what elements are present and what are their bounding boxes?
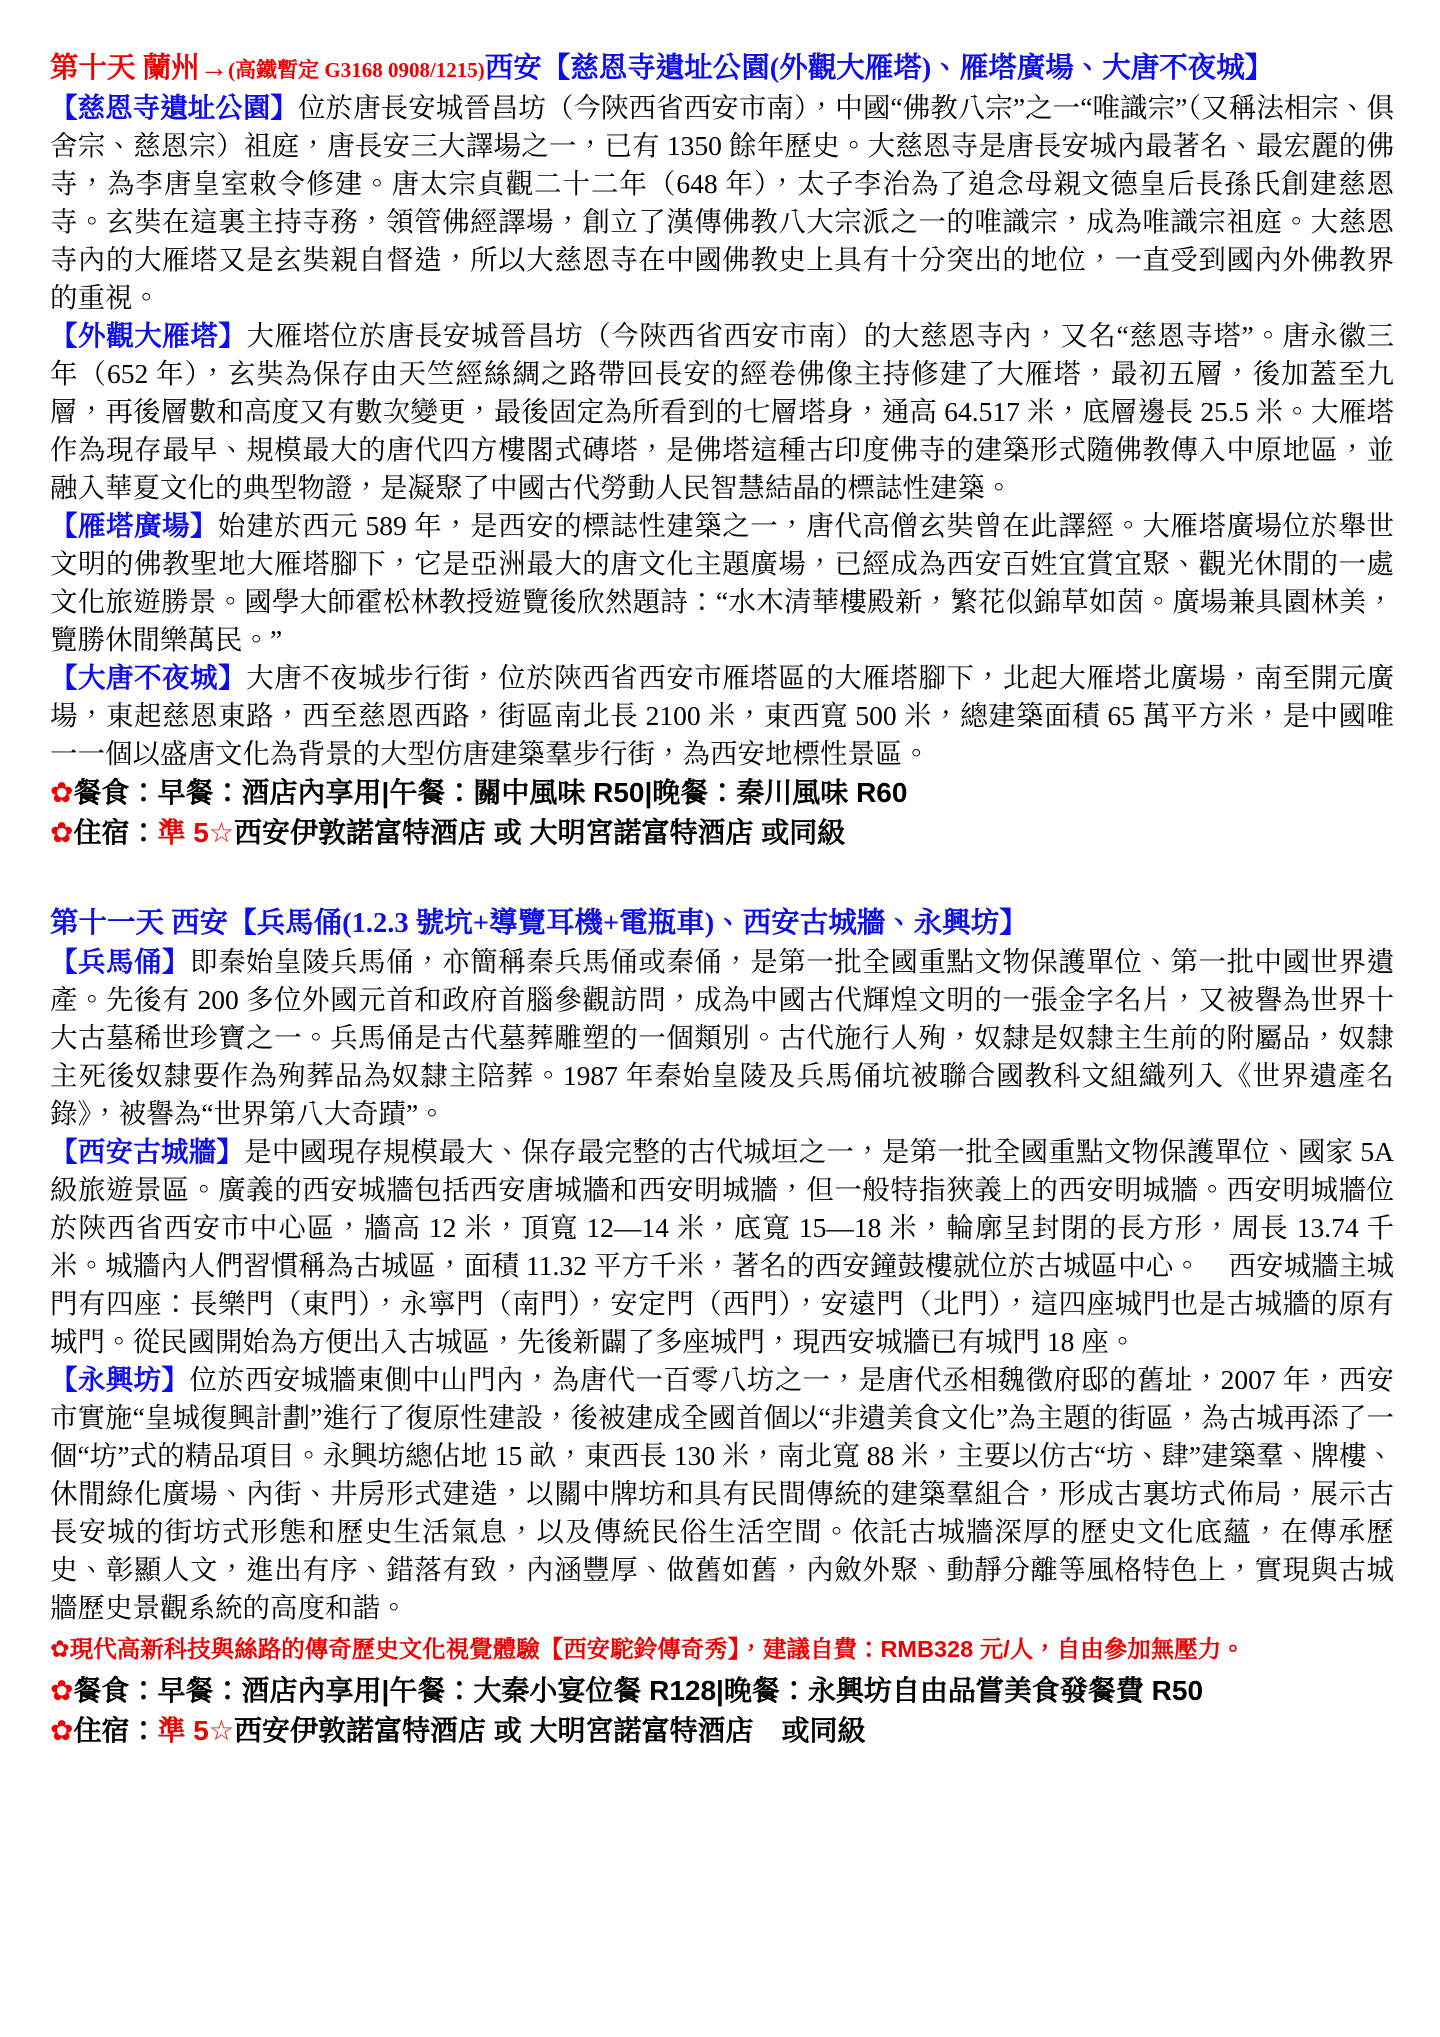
section-body-cienji-park: 位於唐長安城晉昌坊（今陝西省西安市南），中國“佛教八宗”之一“唯識宗”（又稱法相…	[50, 92, 1394, 313]
section-dayanta-exterior: 【外觀大雁塔】大雁塔位於唐長安城晉昌坊（今陝西省西安市南）的大慈恩寺內，又名“慈…	[50, 317, 1394, 507]
section-city-wall: 【西安古城牆】是中國現存規模最大、保存最完整的古代城垣之一，是第一批全國重點文物…	[50, 1133, 1394, 1361]
section-yanta-square: 【雁塔廣場】始建於西元 589 年，是西安的標誌性建築之一，唐代高僧玄奘曾在此譯…	[50, 507, 1394, 659]
section-title-cienji-park: 【慈恩寺遺址公園】	[50, 92, 298, 123]
section-datang-everbright-city: 【大唐不夜城】大唐不夜城步行街，位於陝西省西安市雁塔區的大雁塔腳下，北起大雁塔北…	[50, 659, 1394, 773]
section-terracotta-army: 【兵馬俑】即秦始皇陵兵馬俑，亦簡稱秦兵馬俑或秦俑，是第一批全國重點文物保護單位、…	[50, 943, 1394, 1133]
section-body-yongxingfang: 位於西安城牆東側中山門內，為唐代一百零八坊之一，是唐代丞相魏徵府邸的舊址，200…	[50, 1364, 1394, 1623]
day10-block: 第十天 蘭州→(高鐵暫定 G3168 0908/1215)西安【慈恩寺遺址公園(…	[50, 50, 1394, 853]
section-title-terracotta-army: 【兵馬俑】	[50, 946, 190, 977]
day11-meals-content: 早餐：酒店內享用|午餐：大秦小宴位餐 R128|晚餐：永興坊自由品嘗美食發餐費 …	[157, 1675, 1203, 1706]
day10-hotel-grade: 準 5☆	[157, 817, 233, 848]
day10-hotel-line: ✿住宿：準 5☆西安伊敦諾富特酒店 或 大明宮諾富特酒店 或同級	[50, 813, 1394, 853]
section-body-city-wall: 是中國現存規模最大、保存最完整的古代城垣之一，是第一批全國重點文物保護單位、國家…	[50, 1136, 1394, 1357]
section-yongxingfang: 【永興坊】位於西安城牆東側中山門內，為唐代一百零八坊之一，是唐代丞相魏徵府邸的舊…	[50, 1361, 1394, 1627]
day11-hotel-names: 西安伊敦諾富特酒店 或 大明宮諾富特酒店 或同級	[234, 1715, 866, 1746]
day11-meals-label: 餐食：	[73, 1675, 157, 1706]
section-cienji-park: 【慈恩寺遺址公園】位於唐長安城晉昌坊（今陝西省西安市南），中國“佛教八宗”之一“…	[50, 89, 1394, 317]
day11-block: 第十一天 西安【兵馬俑(1.2.3 號坑+導覽耳機+電瓶車)、西安古城牆、永興坊…	[50, 905, 1394, 1751]
section-title-city-wall: 【西安古城牆】	[50, 1136, 244, 1167]
day11-hotel-label: 住宿：	[73, 1715, 157, 1746]
flower-icon: ✿	[50, 1715, 73, 1746]
day10-meals-content: 早餐：酒店內享用|午餐：關中風味 R50|晚餐：秦川風味 R60	[157, 777, 907, 808]
day10-meals-label: 餐食：	[73, 777, 157, 808]
section-body-terracotta-army: 即秦始皇陵兵馬俑，亦簡稱秦兵馬俑或秦俑，是第一批全國重點文物保護單位、第一批中國…	[50, 946, 1394, 1129]
itinerary-page: 第十天 蘭州→(高鐵暫定 G3168 0908/1215)西安【慈恩寺遺址公園(…	[0, 0, 1440, 1751]
day11-optional-show-text: 現代高新科技與絲路的傳奇歷史文化視覺體驗【西安駝鈴傳奇秀】，建議自費：RMB32…	[70, 1636, 1245, 1662]
section-title-yanta-square: 【雁塔廣場】	[50, 510, 218, 541]
day11-hotel-grade: 準 5☆	[157, 1715, 233, 1746]
section-title-dayanta-exterior: 【外觀大雁塔】	[50, 320, 246, 351]
flower-icon: ✿	[50, 1675, 73, 1706]
day11-title: 第十一天 西安【兵馬俑(1.2.3 號坑+導覽耳機+電瓶車)、西安古城牆、永興坊…	[50, 908, 1028, 939]
day10-hotel-label: 住宿：	[73, 817, 157, 848]
flower-icon: ✿	[50, 817, 73, 848]
section-body-datang-everbright-city: 大唐不夜城步行街，位於陝西省西安市雁塔區的大雁塔腳下，北起大雁塔北廣場，南至開元…	[50, 662, 1394, 769]
section-body-yanta-square: 始建於西元 589 年，是西安的標誌性建築之一，唐代高僧玄奘曾在此譯經。大雁塔廣…	[50, 510, 1394, 655]
day10-header: 第十天 蘭州→(高鐵暫定 G3168 0908/1215)西安【慈恩寺遺址公園(…	[50, 50, 1394, 89]
day10-hotel-names: 西安伊敦諾富特酒店 或 大明宮諾富特酒店 或同級	[234, 817, 845, 848]
day11-meals-line: ✿餐食：早餐：酒店內享用|午餐：大秦小宴位餐 R128|晚餐：永興坊自由品嘗美食…	[50, 1671, 1394, 1711]
section-body-dayanta-exterior: 大雁塔位於唐長安城晉昌坊（今陝西省西安市南）的大慈恩寺內，又名“慈恩寺塔”。唐永…	[50, 320, 1394, 503]
day10-route: 第十天 蘭州→	[50, 53, 228, 84]
day11-header: 第十一天 西安【兵馬俑(1.2.3 號坑+導覽耳機+電瓶車)、西安古城牆、永興坊…	[50, 905, 1394, 943]
day11-optional-show-note: ✿現代高新科技與絲路的傳奇歷史文化視覺體驗【西安駝鈴傳奇秀】，建議自費：RMB3…	[50, 1627, 1394, 1671]
section-title-datang-everbright-city: 【大唐不夜城】	[50, 662, 246, 693]
flower-icon: ✿	[50, 1636, 70, 1662]
day10-meals-line: ✿餐食：早餐：酒店內享用|午餐：關中風味 R50|晚餐：秦川風味 R60	[50, 773, 1394, 813]
day10-train-note: (高鐵暫定 G3168 0908/1215)	[228, 58, 485, 82]
day10-title: 西安【慈恩寺遺址公園(外觀大雁塔)、雁塔廣場、大唐不夜城】	[485, 53, 1273, 84]
flower-icon: ✿	[50, 777, 73, 808]
day11-hotel-line: ✿住宿：準 5☆西安伊敦諾富特酒店 或 大明宮諾富特酒店 或同級	[50, 1711, 1394, 1751]
section-title-yongxingfang: 【永興坊】	[50, 1364, 189, 1395]
